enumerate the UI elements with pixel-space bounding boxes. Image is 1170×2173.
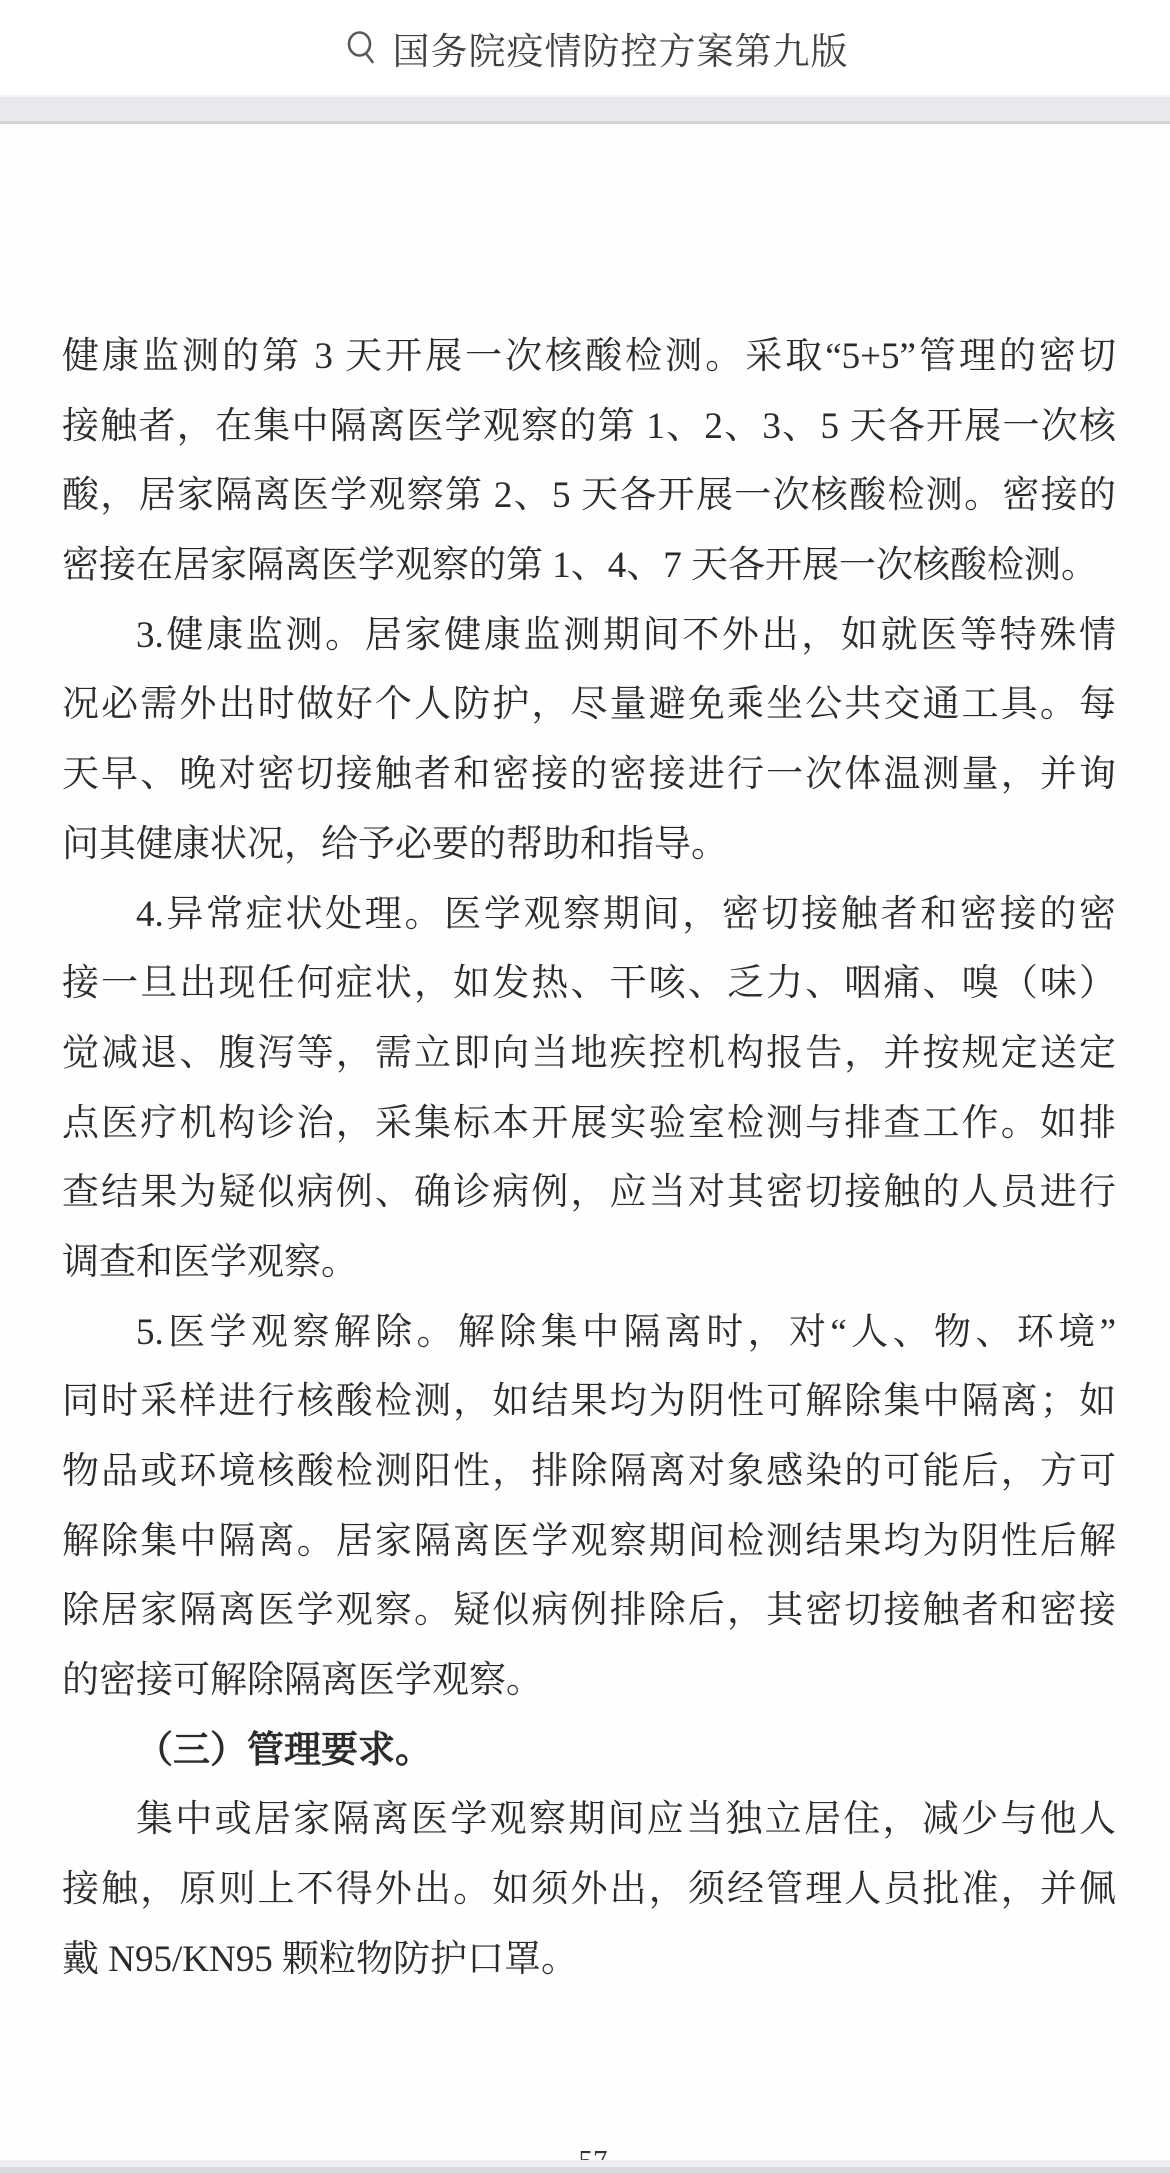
document-line: 解除集中隔离。居家隔离医学观察期间检测结果均为阴性后解	[62, 1507, 1116, 1577]
document-line: 接触者，在集中隔离医学观察的第 1、2、3、5 天各开展一次核	[62, 392, 1116, 462]
document-line: 查结果为疑似病例、确诊病例，应当对其密切接触的人员进行	[62, 1158, 1116, 1228]
document-line: 密接在居家隔离医学观察的第 1、4、7 天各开展一次核酸检测。	[62, 531, 1116, 601]
bottom-bar-light	[0, 2160, 1170, 2167]
document-line: 接触，原则上不得外出。如须外出，须经管理人员批准，并佩	[62, 1855, 1116, 1925]
document-line: 况必需外出时做好个人防护，尽量避免乘坐公共交通工具。每	[62, 670, 1116, 740]
document-line: 集中或居家隔离医学观察期间应当独立居住，减少与他人	[62, 1785, 1116, 1855]
document-line: 的密接可解除隔离医学观察。	[62, 1646, 1116, 1716]
search-header: 国务院疫情防控方案第九版	[0, 0, 1170, 95]
document-line: 接一旦出现任何症状，如发热、干咳、乏力、咽痛、嗅（味）	[62, 949, 1116, 1019]
search-icon	[346, 31, 378, 65]
document-page[interactable]: 健康监测的第 3 天开展一次核酸检测。采取“5+5”管理的密切 接触者，在集中隔…	[0, 127, 1170, 2160]
document-line: 3.健康监测。居家健康监测期间不外出，如就医等特殊情	[62, 601, 1116, 671]
document-line: 除居家隔离医学观察。疑似病例排除后，其密切接触者和密接	[62, 1576, 1116, 1646]
document-line: 戴 N95/KN95 颗粒物防护口罩。	[62, 1925, 1116, 1995]
document-line: 酸，居家隔离医学观察第 2、5 天各开展一次核酸检测。密接的	[62, 461, 1116, 531]
bottom-bar-dark	[0, 2167, 1170, 2173]
document-text-block: 健康监测的第 3 天开展一次核酸检测。采取“5+5”管理的密切 接触者，在集中隔…	[62, 322, 1116, 1995]
document-line: 调查和医学观察。	[62, 1228, 1116, 1298]
document-line: 同时采样进行核酸检测，如结果均为阴性可解除集中隔离；如	[62, 1367, 1116, 1437]
search-bar[interactable]: 国务院疫情防控方案第九版	[346, 21, 849, 75]
document-line: 问其健康状况，给予必要的帮助和指导。	[62, 810, 1116, 880]
search-title: 国务院疫情防控方案第九版	[393, 21, 849, 75]
document-line: 健康监测的第 3 天开展一次核酸检测。采取“5+5”管理的密切	[62, 322, 1116, 392]
page-gap-band	[0, 95, 1170, 124]
document-line: 觉减退、腹泻等，需立即向当地疾控机构报告，并按规定送定	[62, 1019, 1116, 1089]
document-line: 天早、晚对密切接触者和密接的密接进行一次体温测量，并询	[62, 740, 1116, 810]
section-heading: （三）管理要求。	[62, 1716, 1116, 1786]
document-line: 4.异常症状处理。医学观察期间，密切接触者和密接的密	[62, 880, 1116, 950]
document-line: 5.医学观察解除。解除集中隔离时，对“人、物、环境”	[62, 1298, 1116, 1368]
document-line: 物品或环境核酸检测阳性，排除隔离对象感染的可能后，方可	[62, 1437, 1116, 1507]
document-line: 点医疗机构诊治，采集标本开展实验室检测与排查工作。如排	[62, 1089, 1116, 1159]
